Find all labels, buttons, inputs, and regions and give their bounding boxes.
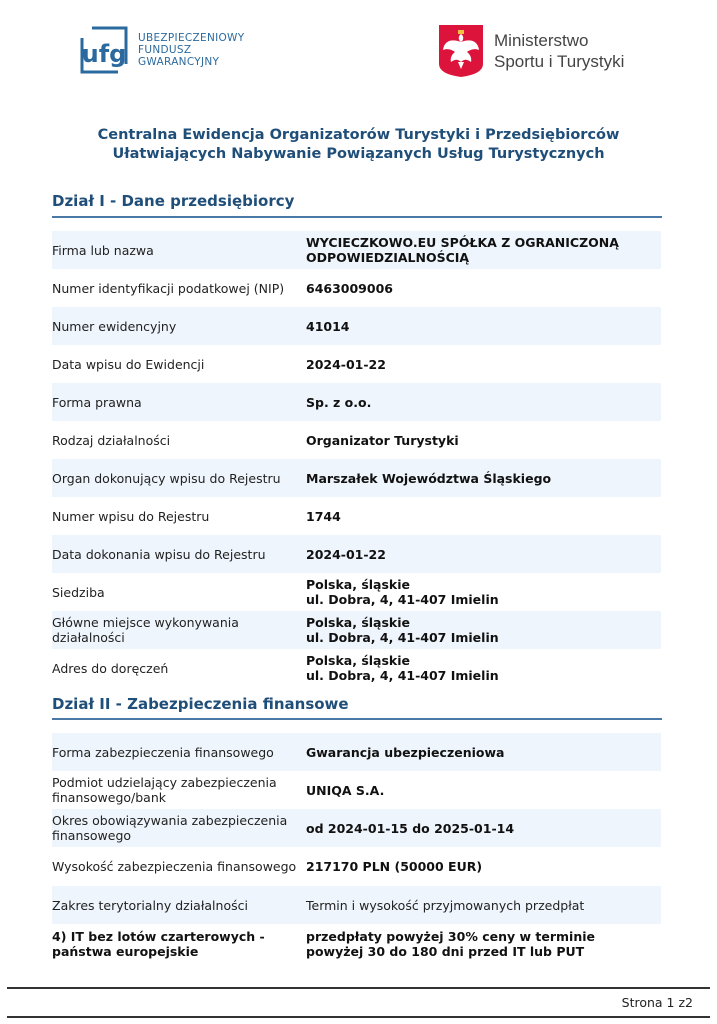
field-label: Podmiot udzielający zabezpieczenia finan… bbox=[52, 775, 306, 805]
row-wysokosc: Wysokość zabezpieczenia finansowego 2171… bbox=[52, 847, 661, 885]
footer-top-rule bbox=[7, 987, 710, 989]
row-forma-prawna: Forma prawna Sp. z o.o. bbox=[52, 383, 661, 421]
section-2-table: Forma zabezpieczenia finansowego Gwaranc… bbox=[52, 733, 661, 885]
label-line-2: finansowego bbox=[52, 828, 306, 843]
column-header: Termin i wysokość przyjmowanych przedpła… bbox=[306, 898, 661, 913]
value-line-1: Polska, śląskie bbox=[306, 577, 661, 592]
field-label: Numer ewidencyjny bbox=[52, 319, 306, 334]
cell-line-2: powyżej 30 do 180 dni przed IT lub PUT bbox=[306, 944, 661, 959]
cell-line-1: przedpłaty powyżej 30% ceny w terminie bbox=[306, 929, 661, 944]
field-value: UNIQA S.A. bbox=[306, 783, 661, 798]
field-label: Numer identyfikacji podatkowej (NIP) bbox=[52, 281, 306, 296]
document-title-line-1: Centralna Ewidencja Organizatorów Turyst… bbox=[0, 126, 717, 145]
field-label: Główne miejsce wykonywania działalności bbox=[52, 615, 306, 645]
field-value: Polska, śląskie ul. Dobra, 4, 41-407 Imi… bbox=[306, 615, 661, 645]
field-value: 1744 bbox=[306, 509, 661, 524]
section-1-table: Firma lub nazwa WYCIECZKOWO.EU SPÓŁKA Z … bbox=[52, 231, 661, 687]
field-label: Forma prawna bbox=[52, 395, 306, 410]
scope-territory: 4) IT bez lotów czarterowych - państwa e… bbox=[52, 929, 306, 959]
row-podmiot: Podmiot udzielający zabezpieczenia finan… bbox=[52, 771, 661, 809]
cell-line-2: państwa europejskie bbox=[52, 944, 306, 959]
field-value: 217170 PLN (50000 EUR) bbox=[306, 859, 661, 874]
field-value: Marszałek Województwa Śląskiego bbox=[306, 471, 661, 486]
row-data-dokonania-wpisu: Data dokonania wpisu do Rejestru 2024-01… bbox=[52, 535, 661, 573]
ministry-line-1: Ministerstwo bbox=[494, 30, 624, 51]
field-value: Polska, śląskie ul. Dobra, 4, 41-407 Imi… bbox=[306, 577, 661, 607]
row-numer-ewidencyjny: Numer ewidencyjny 41014 bbox=[52, 307, 661, 345]
field-value: 2024-01-22 bbox=[306, 547, 661, 562]
field-value: 6463009006 bbox=[306, 281, 661, 296]
row-rodzaj-dzialalnosci: Rodzaj działalności Organizator Turystyk… bbox=[52, 421, 661, 459]
ufg-line-2: FUNDUSZ bbox=[138, 44, 244, 56]
document-title: Centralna Ewidencja Organizatorów Turyst… bbox=[0, 126, 717, 164]
field-label: Forma zabezpieczenia finansowego bbox=[52, 745, 306, 760]
document-title-line-2: Ułatwiających Nabywanie Powiązanych Usłu… bbox=[0, 145, 717, 164]
row-firma: Firma lub nazwa WYCIECZKOWO.EU SPÓŁKA Z … bbox=[52, 231, 661, 269]
field-label: Data dokonania wpisu do Rejestru bbox=[52, 547, 306, 562]
field-label: Rodzaj działalności bbox=[52, 433, 306, 448]
row-okres: Okres obowiązywania zabezpieczenia finan… bbox=[52, 809, 661, 847]
scope-table-row: 4) IT bez lotów czarterowych - państwa e… bbox=[52, 924, 661, 964]
value-line-2: ul. Dobra, 4, 41-407 Imielin bbox=[306, 630, 661, 645]
field-value: Sp. z o.o. bbox=[306, 395, 661, 410]
label-line-1: Okres obowiązywania zabezpieczenia bbox=[52, 813, 306, 828]
ufg-line-1: UBEZPIECZENIOWY bbox=[138, 32, 244, 44]
section-2-divider bbox=[52, 718, 662, 720]
label-line-2: finansowego/bank bbox=[52, 790, 306, 805]
section-1-divider bbox=[52, 216, 662, 218]
field-value: 2024-01-22 bbox=[306, 357, 661, 372]
field-value: WYCIECZKOWO.EU SPÓŁKA Z OGRANICZONĄ ODPO… bbox=[306, 235, 661, 265]
label-line-1: Podmiot udzielający zabezpieczenia bbox=[52, 775, 306, 790]
row-numer-wpisu: Numer wpisu do Rejestru 1744 bbox=[52, 497, 661, 535]
field-label: Okres obowiązywania zabezpieczenia finan… bbox=[52, 813, 306, 843]
section-1-heading: Dział I - Dane przedsiębiorcy bbox=[52, 191, 662, 211]
row-organ: Organ dokonujący wpisu do Rejestru Marsz… bbox=[52, 459, 661, 497]
ufg-line-3: GWARANCYJNY bbox=[138, 56, 244, 68]
page-number: Strona 1 z2 bbox=[622, 995, 693, 1010]
field-label: Siedziba bbox=[52, 585, 306, 600]
label-line-2: działalności bbox=[52, 630, 306, 645]
scope-prepayment: przedpłaty powyżej 30% ceny w terminie p… bbox=[306, 929, 661, 959]
scope-table-header: Zakres terytorialny działalności Termin … bbox=[52, 886, 661, 924]
polish-eagle-emblem-icon bbox=[438, 24, 484, 78]
row-forma-zabezpieczenia: Forma zabezpieczenia finansowego Gwaranc… bbox=[52, 733, 661, 771]
value-line-1: Polska, śląskie bbox=[306, 615, 661, 630]
field-value: Gwarancja ubezpieczeniowa bbox=[306, 745, 661, 760]
field-label: Wysokość zabezpieczenia finansowego bbox=[52, 859, 306, 874]
row-data-wpisu: Data wpisu do Ewidencji 2024-01-22 bbox=[52, 345, 661, 383]
ministry-logo: Ministerstwo Sportu i Turystyki bbox=[438, 24, 624, 78]
row-siedziba: Siedziba Polska, śląskie ul. Dobra, 4, 4… bbox=[52, 573, 661, 611]
field-label: Organ dokonujący wpisu do Rejestru bbox=[52, 471, 306, 486]
row-nip: Numer identyfikacji podatkowej (NIP) 646… bbox=[52, 269, 661, 307]
value-line-2: ODPOWIEDZIALNOŚCIĄ bbox=[306, 250, 661, 265]
row-adres-doreczen: Adres do doręczeń Polska, śląskie ul. Do… bbox=[52, 649, 661, 687]
label-line-1: Główne miejsce wykonywania bbox=[52, 615, 306, 630]
header-logos: ufg UBEZPIECZENIOWY FUNDUSZ GWARANCYJNY … bbox=[0, 0, 717, 100]
field-value: Organizator Turystyki bbox=[306, 433, 661, 448]
ufg-name: UBEZPIECZENIOWY FUNDUSZ GWARANCYJNY bbox=[138, 32, 244, 68]
value-line-2: ul. Dobra, 4, 41-407 Imielin bbox=[306, 668, 661, 683]
footer-bottom-rule bbox=[7, 1016, 710, 1018]
ministry-line-2: Sportu i Turystyki bbox=[494, 51, 624, 72]
field-label: Adres do doręczeń bbox=[52, 661, 306, 676]
field-label: Data wpisu do Ewidencji bbox=[52, 357, 306, 372]
ufg-logo: ufg UBEZPIECZENIOWY FUNDUSZ GWARANCYJNY bbox=[78, 24, 244, 76]
field-value: Polska, śląskie ul. Dobra, 4, 41-407 Imi… bbox=[306, 653, 661, 683]
field-value: od 2024-01-15 do 2025-01-14 bbox=[306, 821, 661, 836]
svg-text:ufg: ufg bbox=[82, 40, 127, 68]
scope-table: Zakres terytorialny działalności Termin … bbox=[52, 886, 661, 964]
field-label: Numer wpisu do Rejestru bbox=[52, 509, 306, 524]
ministry-name: Ministerstwo Sportu i Turystyki bbox=[494, 30, 624, 72]
column-header: Zakres terytorialny działalności bbox=[52, 898, 306, 913]
value-line-1: WYCIECZKOWO.EU SPÓŁKA Z OGRANICZONĄ bbox=[306, 235, 661, 250]
value-line-1: Polska, śląskie bbox=[306, 653, 661, 668]
field-label: Firma lub nazwa bbox=[52, 243, 306, 258]
value-line-2: ul. Dobra, 4, 41-407 Imielin bbox=[306, 592, 661, 607]
field-value: 41014 bbox=[306, 319, 661, 334]
ufg-mark-icon: ufg bbox=[78, 24, 130, 76]
cell-line-1: 4) IT bez lotów czarterowych - bbox=[52, 929, 306, 944]
row-glowne-miejsce: Główne miejsce wykonywania działalności … bbox=[52, 611, 661, 649]
section-2-heading: Dział II - Zabezpieczenia finansowe bbox=[52, 694, 662, 714]
